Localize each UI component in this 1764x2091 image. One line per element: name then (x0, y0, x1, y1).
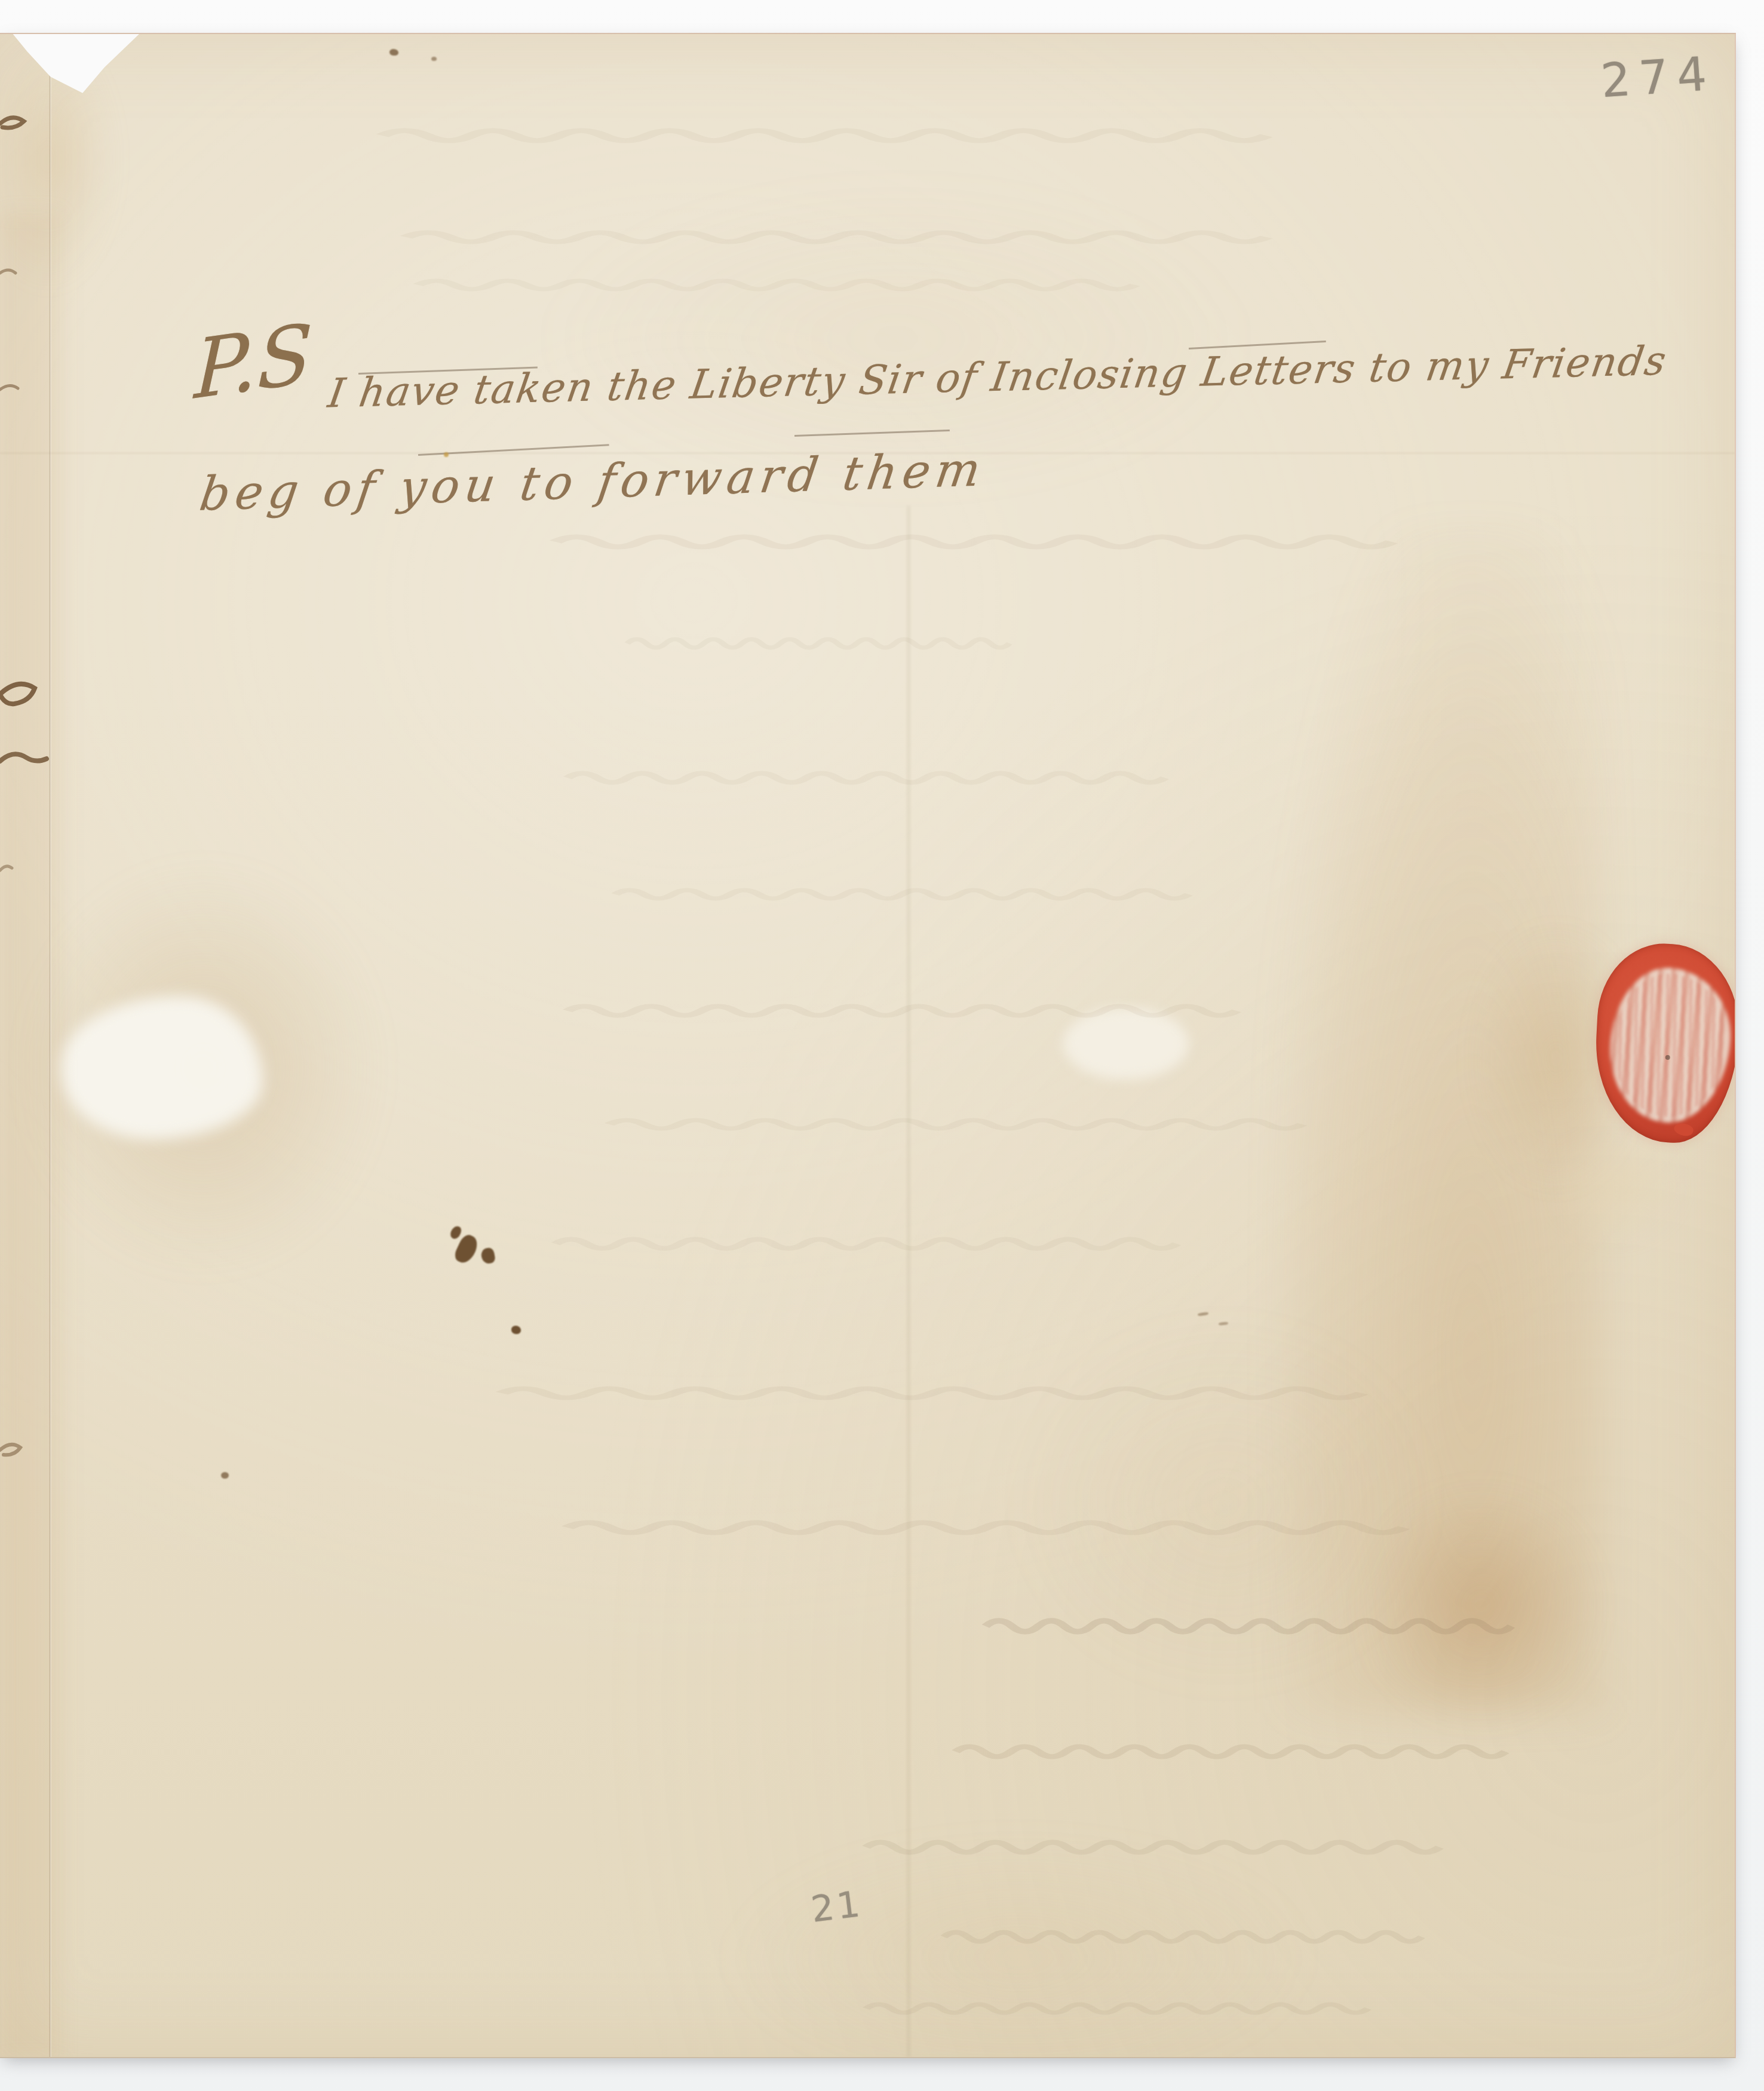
bleedthrough-line (567, 1523, 1404, 1533)
postscript-initials: P.S (193, 306, 314, 418)
foxing-spot (431, 57, 437, 61)
scanned-letter-screenshot: { "document": { "page_number": "274", "l… (0, 0, 1764, 2091)
ink-fleck-yellow (444, 452, 449, 457)
archival-page-number: 274 (1599, 47, 1717, 108)
bleedthrough-line (556, 1239, 1177, 1248)
foxing-spot (389, 49, 398, 56)
bleedthrough-line (866, 1842, 1440, 1853)
bleedthrough-line (382, 131, 1266, 141)
bleedthrough-line (567, 1006, 1237, 1015)
bleedthrough-line (567, 773, 1165, 782)
bleedthrough-line (627, 639, 1010, 648)
wax-seal-remnant (1591, 940, 1736, 1146)
bleedthrough-line (986, 1621, 1511, 1632)
foxing-spot (511, 1326, 521, 1334)
wax-seal-speck (1665, 1055, 1670, 1060)
foxing-spot (221, 1472, 229, 1479)
bleedthrough-line (609, 1120, 1302, 1129)
bleedthrough-line (502, 1388, 1362, 1397)
bleedthrough-line (956, 1747, 1505, 1757)
letter-paper: P.S I have taken the Liberty Sir of Incl… (0, 33, 1736, 2058)
bleedthrough-line (556, 537, 1392, 547)
archival-leaf-number: 21 (809, 1883, 865, 1931)
bleedthrough-line (615, 890, 1189, 899)
bleedthrough-line (418, 281, 1135, 289)
bleedthrough-line (944, 1932, 1422, 1941)
bleedthrough-line (866, 2004, 1368, 2013)
adjacent-page-ink-fragments (0, 118, 47, 1455)
bleedthrough-line (406, 232, 1266, 241)
